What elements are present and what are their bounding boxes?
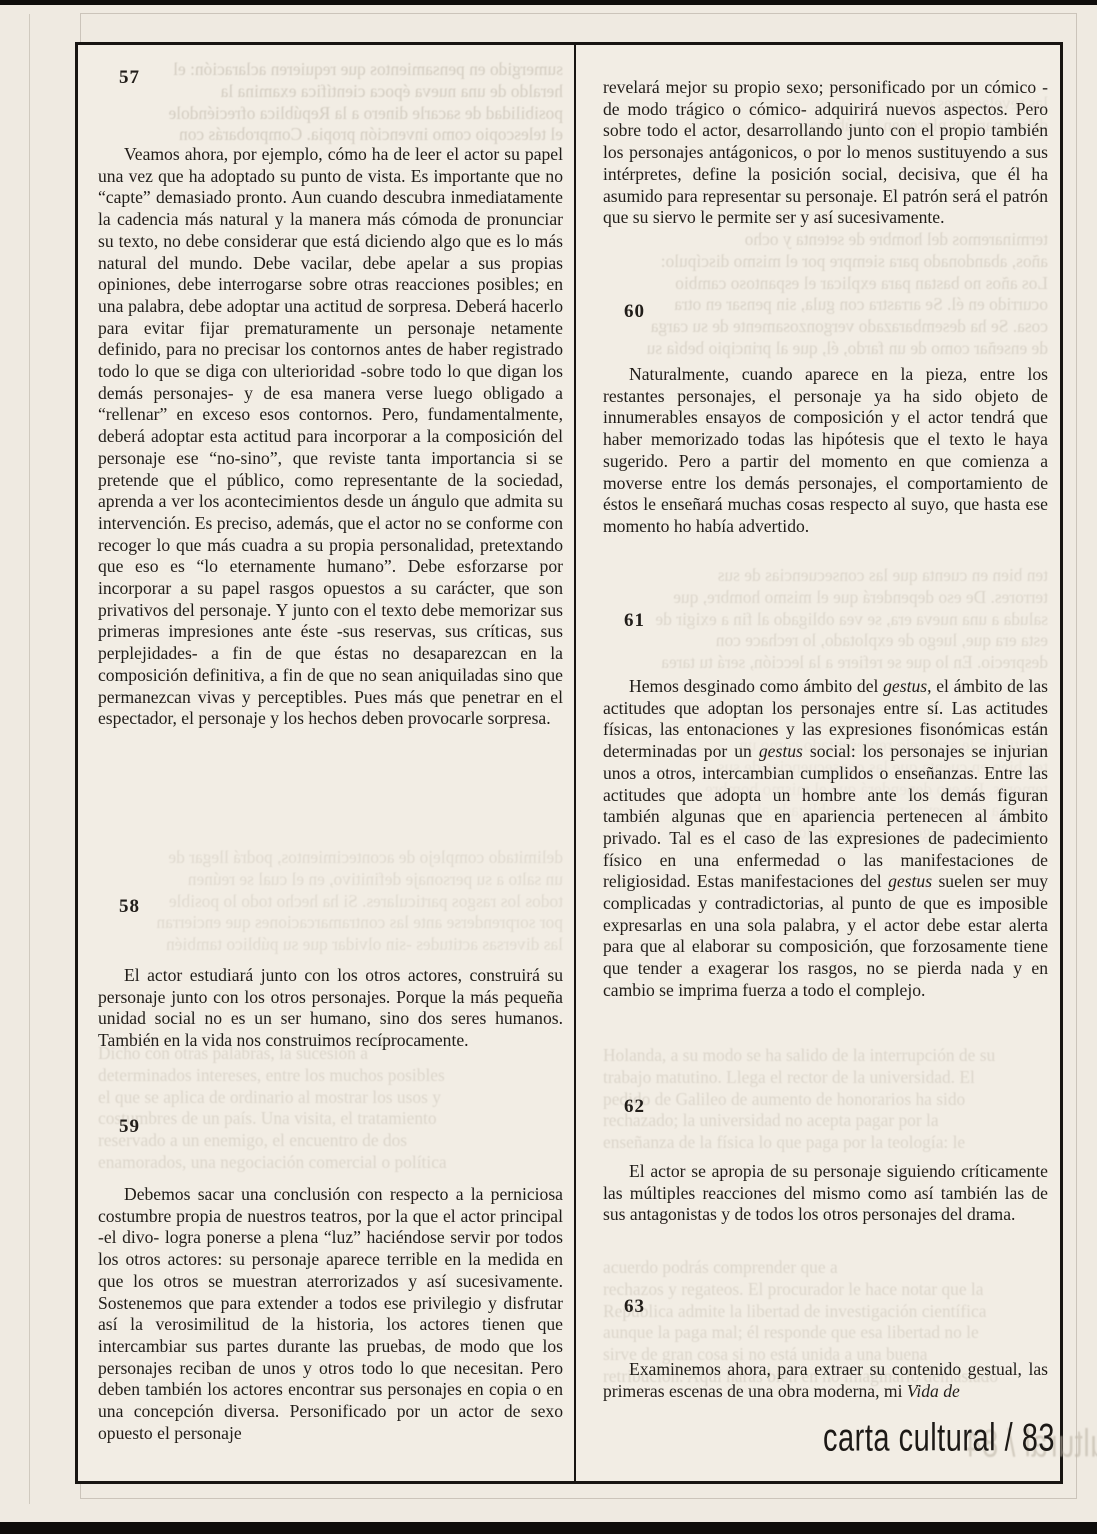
paragraph-section-57: Veamos ahora, por ejemplo, cómo ha de le…	[98, 144, 563, 730]
scan-bottom-edge	[0, 1522, 1097, 1534]
section-number-57: 57	[98, 67, 584, 89]
bleed-through-text: terminaremos del hombre de setenta y och…	[603, 229, 1048, 360]
paragraph-section-62: El actor se apropia de su personaje sigu…	[603, 1161, 1048, 1226]
paragraph-section-59: Debemos sacar una conclusión con respect…	[98, 1184, 563, 1444]
column-divider-rule	[574, 45, 576, 1481]
under-page-edge-line	[29, 14, 30, 1504]
journal-footer: carta cultural / 83	[823, 1417, 1055, 1461]
section-number-62: 62	[603, 1096, 1069, 1118]
paragraph-section-61: Hemos desginado como ámbito del gestus, …	[603, 676, 1048, 1002]
section-number-63: 63	[603, 1296, 1069, 1318]
paragraph-section-58: El actor estudiará junto con los otros a…	[98, 965, 563, 1052]
paragraph-section-63: Examinemos ahora, para extraer su conten…	[603, 1359, 1048, 1402]
paragraph-section-59-continued: revelará mejor su propio sexo; personifi…	[603, 77, 1048, 229]
scanned-page: sumergido en pensamientos que requieren …	[0, 0, 1097, 1534]
section-number-59: 59	[98, 1116, 584, 1138]
page-frame: sumergido en pensamientos que requieren …	[75, 42, 1063, 1484]
paragraph-section-60: Naturalmente, cuando aparece en la pieza…	[603, 364, 1048, 538]
left-column: sumergido en pensamientos que requieren …	[98, 45, 563, 1481]
right-column: las revelaciones que deben parecer place…	[603, 45, 1048, 1481]
section-number-58: 58	[98, 896, 584, 918]
bleed-through-text: Dicho con otras palabras, la sucesión a …	[98, 1043, 563, 1174]
section-number-60: 60	[603, 301, 1069, 323]
scan-top-edge	[0, 0, 1097, 5]
section-number-61: 61	[603, 610, 1069, 632]
